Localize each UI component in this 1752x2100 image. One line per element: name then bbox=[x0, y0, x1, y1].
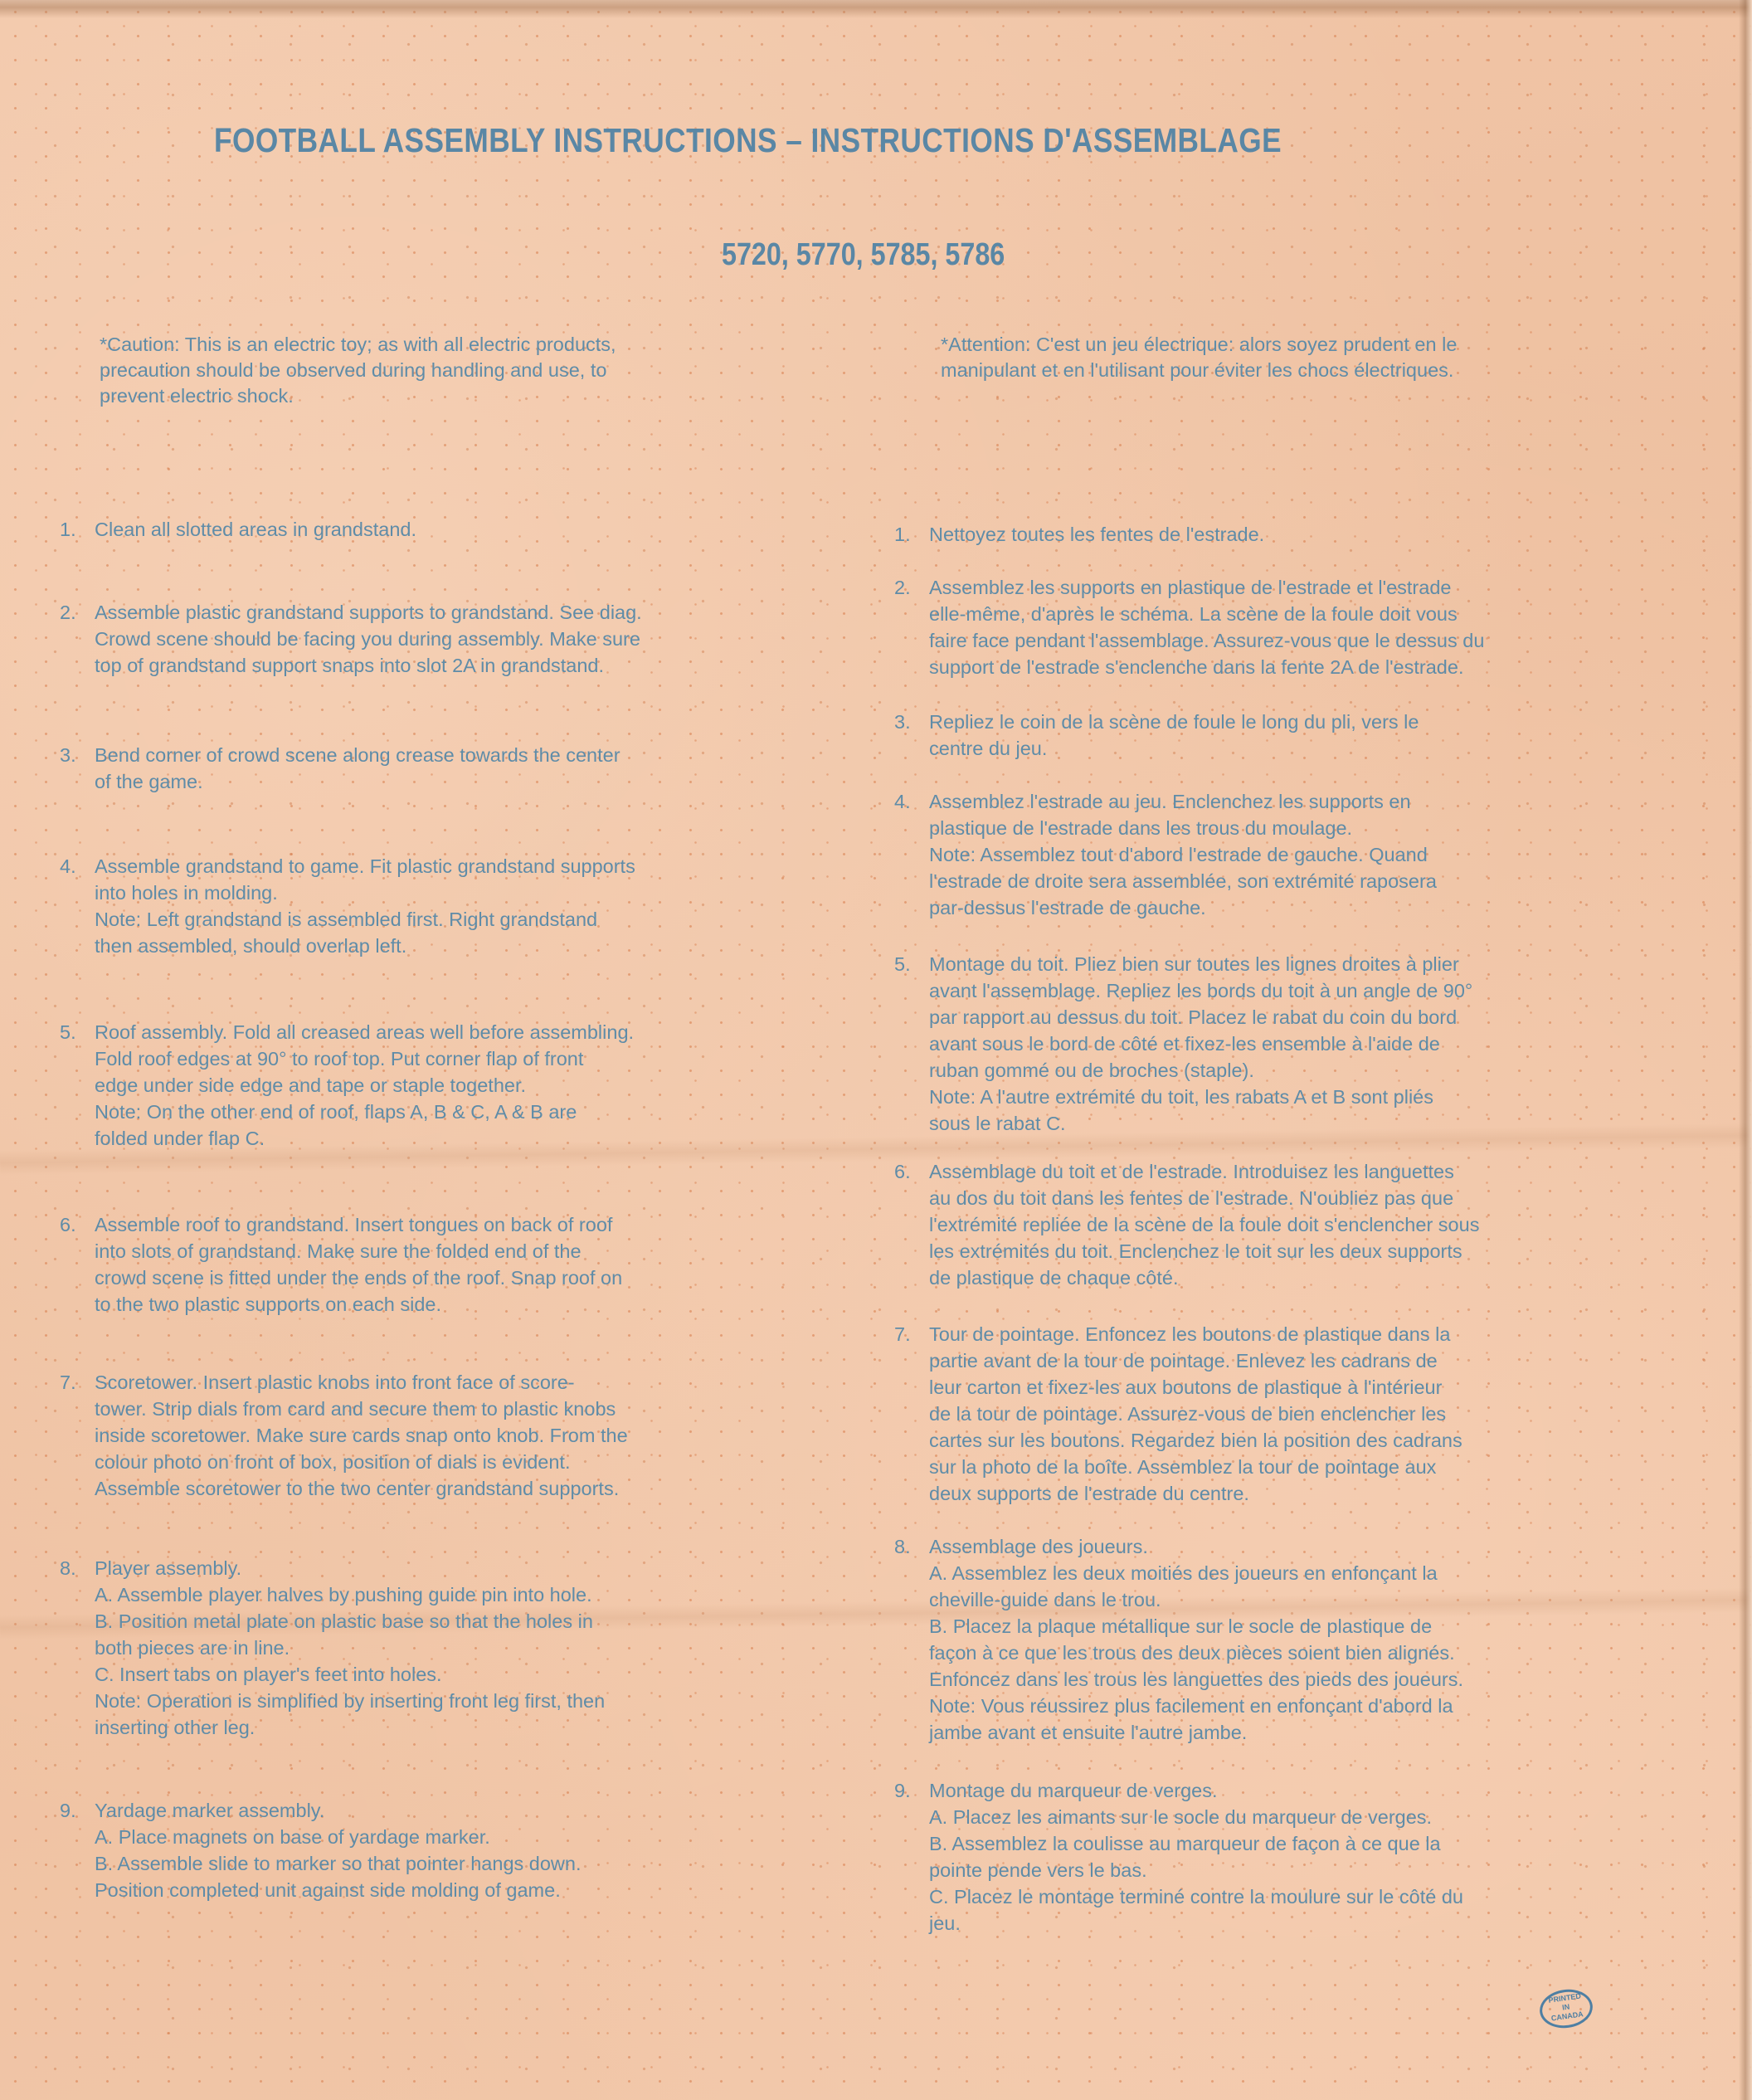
fr-step-9: 9.Montage du marqueur de verges.A. Place… bbox=[929, 1777, 1651, 1937]
step-text-line: Assemble grandstand to game. Fit plastic… bbox=[95, 853, 821, 879]
step-text-line: pointe pende vers le bas. bbox=[929, 1857, 1651, 1883]
step-text-line: leur carton et fixez-les aux boutons de … bbox=[929, 1374, 1651, 1401]
step-text-line: Crowd scene should be facing you during … bbox=[95, 626, 821, 652]
fr-step-5: 5.Montage du toit. Pliez bien sur toutes… bbox=[929, 951, 1651, 1137]
step-text-line: of the game. bbox=[95, 768, 821, 795]
step-number: 8. bbox=[60, 1555, 91, 1581]
en-step-2: 2.Assemble plastic grandstand supports t… bbox=[95, 599, 821, 679]
step-text-line: support de l'estrade s'enclenche dans la… bbox=[929, 654, 1651, 680]
en-step-8: 8.Player assembly.A. Assemble player hal… bbox=[95, 1555, 821, 1741]
step-number: 1. bbox=[894, 521, 926, 548]
fr-step-6: 6.Assemblage du toit et de l'estrade. In… bbox=[929, 1158, 1651, 1291]
step-text-line: l'extrémité repliée de la scène de la fo… bbox=[929, 1211, 1651, 1238]
step-text-line: cartes sur les boutons. Regardez bien la… bbox=[929, 1427, 1651, 1454]
step-text-line: façon à ce que les trous des deux pièces… bbox=[929, 1640, 1651, 1666]
step-text-line: par rapport au dessus du toit. Placez le… bbox=[929, 1004, 1651, 1031]
step-text-line: Yardage marker assembly. bbox=[95, 1797, 821, 1824]
step-text-line: inserting other leg. bbox=[95, 1714, 821, 1741]
step-text-line: into holes in molding. bbox=[95, 879, 821, 906]
step-text-line: deux supports de l'estrade du centre. bbox=[929, 1480, 1651, 1507]
step-text-line: tower. Strip dials from card and secure … bbox=[95, 1396, 821, 1422]
step-text-line: Assemblez l'estrade au jeu. Enclenchez l… bbox=[929, 788, 1651, 815]
paper-right-edge bbox=[1739, 0, 1752, 2100]
step-text-line: au dos du toit dans les fentes de l'estr… bbox=[929, 1185, 1651, 1211]
step-text-line: A. Place magnets on base of yardage mark… bbox=[95, 1824, 821, 1850]
step-number: 2. bbox=[60, 599, 91, 626]
step-text-line: Player assembly. bbox=[95, 1555, 821, 1581]
fr-step-7: 7.Tour de pointage. Enfoncez les boutons… bbox=[929, 1321, 1651, 1507]
fr-step-2: 2.Assemblez les supports en plastique de… bbox=[929, 574, 1651, 680]
step-text-line: elle-même, d'après le schéma. La scène d… bbox=[929, 601, 1651, 627]
step-number: 7. bbox=[60, 1369, 91, 1396]
step-number: 5. bbox=[894, 951, 926, 977]
step-text-line: top of grandstand support snaps into slo… bbox=[95, 652, 821, 679]
step-text-line: sous le rabat C. bbox=[929, 1110, 1651, 1137]
step-number: 5. bbox=[60, 1019, 91, 1045]
step-text-line: A. Placez les aimants sur le socle du ma… bbox=[929, 1804, 1651, 1830]
step-text-line: de la tour de pointage. Assurez-vous de … bbox=[929, 1401, 1651, 1427]
step-text-line: avant sous le bord de côté et fixez-les … bbox=[929, 1031, 1651, 1057]
step-text-line: par-dessus l'estrade de gauche. bbox=[929, 894, 1651, 921]
step-text-line: sur la photo de la boîte. Assemblez la t… bbox=[929, 1454, 1651, 1480]
step-text-line: plastique de l'estrade dans les trous du… bbox=[929, 815, 1651, 841]
fr-step-3: 3.Repliez le coin de la scène de foule l… bbox=[929, 709, 1651, 762]
step-text-line: B. Position metal plate on plastic base … bbox=[95, 1608, 821, 1635]
caution-english: *Caution: This is an electric toy; as wi… bbox=[100, 332, 830, 409]
step-text-line: folded under flap C. bbox=[95, 1125, 821, 1152]
step-text-line: avant l'assemblage. Repliez les bords du… bbox=[929, 977, 1651, 1004]
step-number: 9. bbox=[894, 1777, 926, 1804]
step-text-line: then assembled, should overlap left. bbox=[95, 933, 821, 959]
step-text-line: Position completed unit against side mol… bbox=[95, 1877, 821, 1903]
step-number: 3. bbox=[894, 709, 926, 735]
step-text-line: de plastique de chaque côté. bbox=[929, 1264, 1651, 1291]
step-text-line: Note: Operation is simplified by inserti… bbox=[95, 1688, 821, 1714]
step-text-line: Repliez le coin de la scène de foule le … bbox=[929, 709, 1651, 735]
step-text-line: Roof assembly. Fold all creased areas we… bbox=[95, 1019, 821, 1045]
step-text-line: Bend corner of crowd scene along crease … bbox=[95, 742, 821, 768]
step-text-line: l'estrade de droite sera assemblée, son … bbox=[929, 868, 1651, 894]
step-text-line: Assemblez les supports en plastique de l… bbox=[929, 574, 1651, 601]
step-text-line: crowd scene is fitted under the ends of … bbox=[95, 1264, 821, 1291]
step-number: 7. bbox=[894, 1321, 926, 1347]
en-step-1: 1.Clean all slotted areas in grandstand. bbox=[95, 516, 821, 543]
en-step-3: 3.Bend corner of crowd scene along creas… bbox=[95, 742, 821, 795]
step-text-line: A. Assemble player halves by pushing gui… bbox=[95, 1581, 821, 1608]
step-text-line: Nettoyez toutes les fentes de l'estrade. bbox=[929, 521, 1651, 548]
step-text-line: Clean all slotted areas in grandstand. bbox=[95, 516, 821, 543]
step-text-line: Note: Vous réussirez plus facilement en … bbox=[929, 1693, 1651, 1719]
fr-step-4: 4.Assemblez l'estrade au jeu. Enclenchez… bbox=[929, 788, 1651, 921]
step-text-line: inside scoretower. Make sure cards snap … bbox=[95, 1422, 821, 1449]
step-text-line: B. Assemble slide to marker so that poin… bbox=[95, 1850, 821, 1877]
step-text-line: A. Assemblez les deux moitiés des joueur… bbox=[929, 1560, 1651, 1586]
step-text-line: cheville-guide dans le trou. bbox=[929, 1586, 1651, 1613]
step-text-line: ruban gommé ou de broches (staple). bbox=[929, 1057, 1651, 1084]
step-number: 6. bbox=[60, 1211, 91, 1238]
step-text-line: Note: Left grandstand is assembled first… bbox=[95, 906, 821, 933]
step-number: 1. bbox=[60, 516, 91, 543]
step-number: 8. bbox=[894, 1533, 926, 1560]
caution-french: *Attention: C'est un jeu électrique: alo… bbox=[941, 332, 1671, 383]
step-text-line: jeu. bbox=[929, 1910, 1651, 1937]
step-text-line: Montage du marqueur de verges. bbox=[929, 1777, 1651, 1804]
step-text-line: colour photo on front of box, position o… bbox=[95, 1449, 821, 1475]
step-text-line: both pieces are in line. bbox=[95, 1635, 821, 1661]
en-step-7: 7.Scoretower. Insert plastic knobs into … bbox=[95, 1369, 821, 1502]
step-number: 2. bbox=[894, 574, 926, 601]
step-text-line: Note: Assemblez tout d'abord l'estrade d… bbox=[929, 841, 1651, 868]
step-text-line: Tour de pointage. Enfoncez les boutons d… bbox=[929, 1321, 1651, 1347]
model-numbers: 5720, 5770, 5785, 5786 bbox=[722, 237, 1005, 273]
step-text-line: partie avant de la tour de pointage. Enl… bbox=[929, 1347, 1651, 1374]
step-text-line: edge under side edge and tape or staple … bbox=[95, 1072, 821, 1099]
torn-top-edge bbox=[0, 0, 1752, 18]
fr-step-8: 8.Assemblage des joueurs.A. Assemblez le… bbox=[929, 1533, 1651, 1746]
step-text-line: Assemblage des joueurs. bbox=[929, 1533, 1651, 1560]
step-text-line: to the two plastic supports on each side… bbox=[95, 1291, 821, 1318]
step-number: 9. bbox=[60, 1797, 91, 1824]
step-text-line: C. Placez le montage terminé contre la m… bbox=[929, 1883, 1651, 1910]
step-text-line: Assemble scoretower to the two center gr… bbox=[95, 1475, 821, 1502]
step-text-line: jambe avant et ensuite l'autre jambe. bbox=[929, 1719, 1651, 1746]
step-text-line: Fold roof edges at 90° to roof top. Put … bbox=[95, 1045, 821, 1072]
step-text-line: centre du jeu. bbox=[929, 735, 1651, 762]
step-text-line: C. Insert tabs on player's feet into hol… bbox=[95, 1661, 821, 1688]
step-text-line: into slots of grandstand. Make sure the … bbox=[95, 1238, 821, 1264]
step-number: 3. bbox=[60, 742, 91, 768]
step-text-line: Enfoncez dans les trous les languettes d… bbox=[929, 1666, 1651, 1693]
step-text-line: faire face pendant l'assemblage. Assurez… bbox=[929, 627, 1651, 654]
en-step-5: 5.Roof assembly. Fold all creased areas … bbox=[95, 1019, 821, 1152]
step-text-line: les extrémités du toit. Enclenchez le to… bbox=[929, 1238, 1651, 1264]
step-text-line: B. Placez la plaque métallique sur le so… bbox=[929, 1613, 1651, 1640]
step-text-line: Scoretower. Insert plastic knobs into fr… bbox=[95, 1369, 821, 1396]
step-text-line: Assemblage du toit et de l'estrade. Intr… bbox=[929, 1158, 1651, 1185]
step-text-line: Montage du toit. Pliez bien sur toutes l… bbox=[929, 951, 1651, 977]
en-step-6: 6.Assemble roof to grandstand. Insert to… bbox=[95, 1211, 821, 1318]
step-text-line: Assemble roof to grandstand. Insert tong… bbox=[95, 1211, 821, 1238]
en-step-9: 9.Yardage marker assembly.A. Place magne… bbox=[95, 1797, 821, 1903]
step-text-line: Note: A l'autre extrémité du toit, les r… bbox=[929, 1084, 1651, 1110]
en-step-4: 4.Assemble grandstand to game. Fit plast… bbox=[95, 853, 821, 959]
step-number: 4. bbox=[894, 788, 926, 815]
step-number: 4. bbox=[60, 853, 91, 879]
step-text-line: Note: On the other end of roof, flaps A,… bbox=[95, 1099, 821, 1125]
step-text-line: B. Assemblez la coulisse au marqueur de … bbox=[929, 1830, 1651, 1857]
step-text-line: Assemble plastic grandstand supports to … bbox=[95, 599, 821, 626]
fr-step-1: 1.Nettoyez toutes les fentes de l'estrad… bbox=[929, 521, 1651, 548]
step-number: 6. bbox=[894, 1158, 926, 1185]
page-title: FOOTBALL ASSEMBLY INSTRUCTIONS – INSTRUC… bbox=[214, 121, 1282, 160]
